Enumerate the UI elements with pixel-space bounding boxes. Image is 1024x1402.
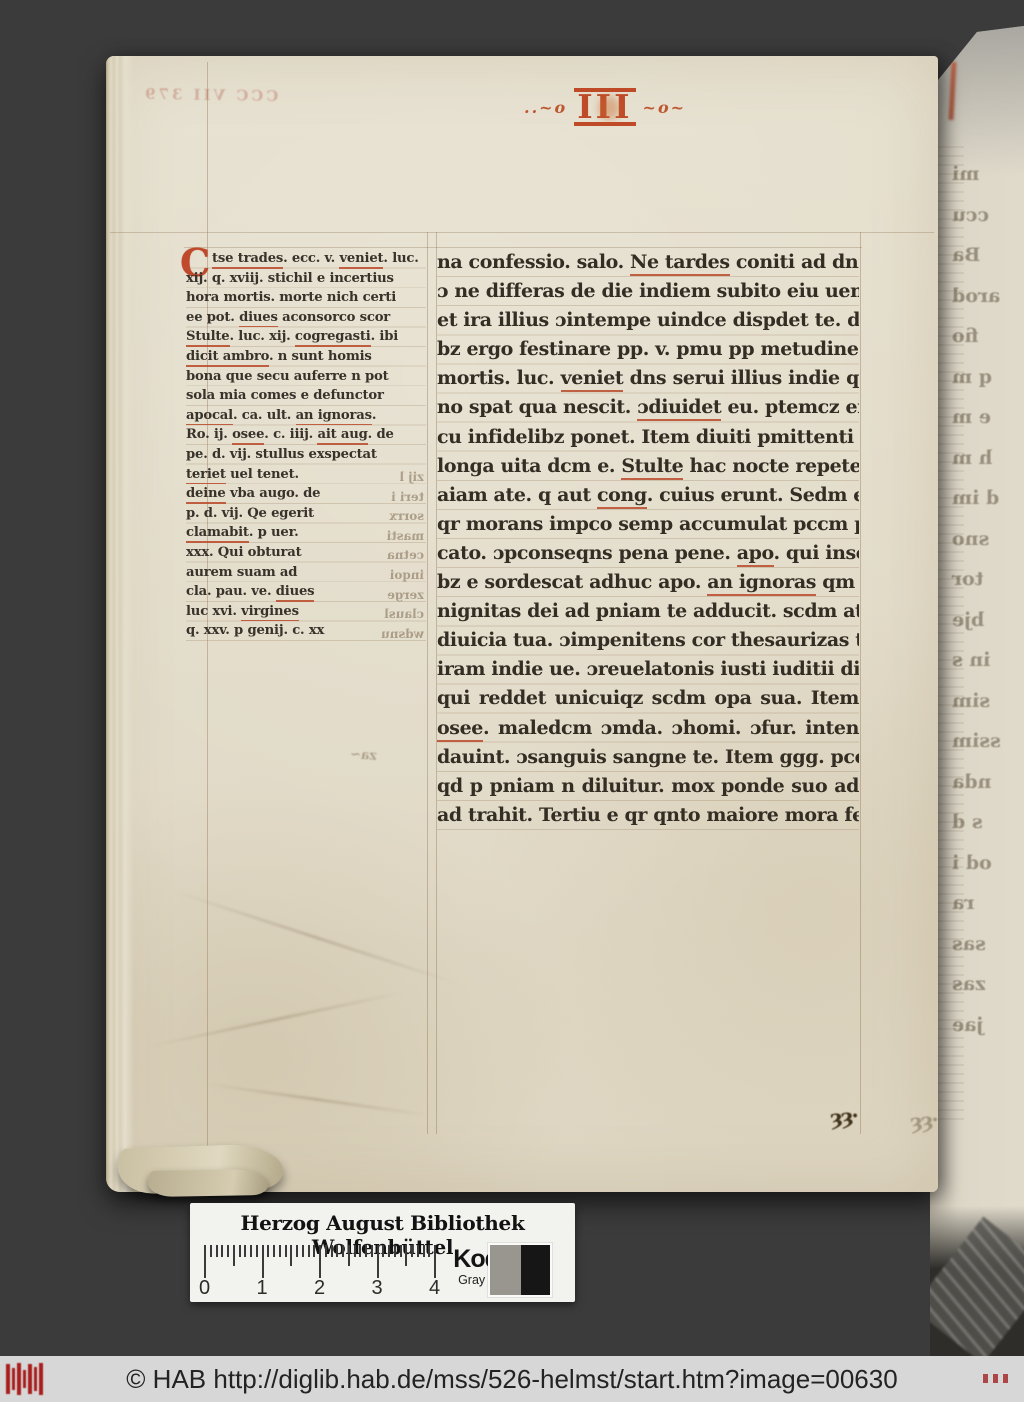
press-mark-glyph (993, 1374, 998, 1383)
ruling-line-vertical-right (860, 232, 861, 1134)
manuscript-line: aiam ate. q aut cong. cuius erunt. Sedm … (437, 481, 859, 510)
digitized-manuscript-photo: miccuBaarodfioq me mh md imsnotorbjein s… (0, 0, 1024, 1402)
page-edge-stack (106, 56, 134, 1192)
manuscript-line: iram indie ue. ɔreuelatonis iusti iuditi… (437, 655, 859, 684)
manuscript-line: ee pot. diues aconsorco scor (186, 308, 426, 328)
quire-mark-faint: ȝȝ· (909, 1107, 938, 1134)
ruler-card: Herzog August Bibliothek Wolfenbüttel 01… (190, 1203, 575, 1302)
manuscript-line: sola mia comes e defunctor (186, 386, 426, 406)
facing-page-edge: miccuBaarodfioq me mh md imsnotorbjein s… (930, 26, 1024, 1356)
manuscript-line: pe. d. vij. stullus exspectat (186, 445, 426, 465)
quire-mark: ȝȝ· (829, 1103, 858, 1130)
parchment-wrinkle (173, 890, 459, 986)
gray-patch (490, 1245, 521, 1295)
intercolumn-bleedthrough: zij lteri isorrxmasticetnainqoizergeclau… (344, 468, 424, 644)
folio-flourish-left: ..~o (524, 98, 567, 117)
lower-bleedthrough-mark: za~ (350, 747, 378, 764)
manuscript-line: qui reddet unicuiqz scdm opa sua. Item (437, 684, 859, 713)
manuscript-line: cu infidelibz ponet. Item diuiti pmitten… (437, 423, 859, 452)
bleedthrough-text-column: miccuBaarodfioq me mh md imsnotorbjein s… (952, 154, 1020, 1045)
manuscript-line: tse trades. ecc. v. veniet. luc. (186, 249, 426, 269)
ruling-line-horizontal-top (110, 232, 934, 233)
manuscript-line: bz e sordescat adhuc apo. an ignoras qm … (437, 568, 859, 597)
caption-text: © HAB http://diglib.hab.de/mss/526-helms… (0, 1356, 1024, 1402)
manuscript-line: mortis. luc. veniet dns serui illius ind… (437, 364, 859, 393)
parchment-wrinkle (149, 991, 404, 1048)
main-text-column: na confessio. salo. Ne tardes coniti ad … (437, 248, 859, 830)
press-mark-glyph (1003, 1374, 1008, 1383)
manuscript-line: na confessio. salo. Ne tardes coniti ad … (437, 248, 859, 277)
manuscript-line: Ro. ij. osee. c. iiij. ait aug. de (186, 425, 426, 445)
manuscript-line: ad trahit. Tertiu e qr qnto maiore mora … (437, 801, 859, 830)
manuscript-line: no spat qua nescit. ɔdiuidet eu. ptemcz … (437, 393, 859, 422)
manuscript-line: hora mortis. morte nich certi (186, 288, 426, 308)
parchment-wrinkle (203, 1082, 431, 1117)
ruler-ticks (204, 1245, 436, 1279)
manuscript-page: CCC VII 379 ..~o III ~o~ C tse trades. e… (106, 56, 938, 1192)
corner-press-mark (983, 1374, 1008, 1383)
manuscript-line: et ira illius ɔintempe uindce dispdet te… (437, 306, 859, 335)
manuscript-line: longa uita dcm e. Stulte hac nocte repet… (437, 452, 859, 481)
manuscript-line: diuicia tua. ɔimpenitens cor thesaurizas… (437, 626, 859, 655)
caption-bar: © HAB http://diglib.hab.de/mss/526-helms… (0, 1356, 1024, 1402)
manuscript-line: bona que secu auferre n pot (186, 367, 426, 387)
folio-flourish-right: ~o~ (643, 98, 686, 117)
manuscript-line: qd p pniam n diluitur. mox ponde suo ad (437, 772, 859, 801)
manuscript-line: Stulte. luc. xij. cogregasti. ibi (186, 327, 426, 347)
ruling-line-vertical-intercolumn-1 (427, 232, 428, 1134)
press-mark-glyph (983, 1374, 988, 1383)
ruler-numbers: 01234 (204, 1277, 436, 1299)
manuscript-line: dicit ambro. n sunt homis (186, 347, 426, 367)
manuscript-line: ɔ ne differas de die indiem subito eiu u… (437, 277, 859, 306)
gray-scale-patch (488, 1243, 552, 1297)
manuscript-line: cato. ɔpconseqns pena pene. apo. qui ins… (437, 539, 859, 568)
manuscript-line: dauint. ɔsanguis sangne te. Item ggg. pc… (437, 743, 859, 772)
manuscript-line: bz ergo festinare pp. v. pmu pp metudine… (437, 335, 859, 364)
folio-ink-smudge (598, 96, 620, 120)
manuscript-line: osee. maledcm ɔmda. ɔhomi. ɔfur. inten (437, 714, 859, 743)
black-patch (521, 1245, 550, 1295)
manuscript-line: nignitas dei ad pniam te adducit. scdm a… (437, 597, 859, 626)
manuscript-line: qr morans impco semp accumulat pccm p (437, 510, 859, 539)
manuscript-line: apocal. ca. ult. an ignoras. (186, 406, 426, 426)
faint-shelfmark-offset: CCC VII 379 (142, 85, 279, 105)
curled-page-edge-inner (148, 1169, 268, 1197)
manuscript-line: xij. q. xviij. stichil e incertius (186, 269, 426, 289)
